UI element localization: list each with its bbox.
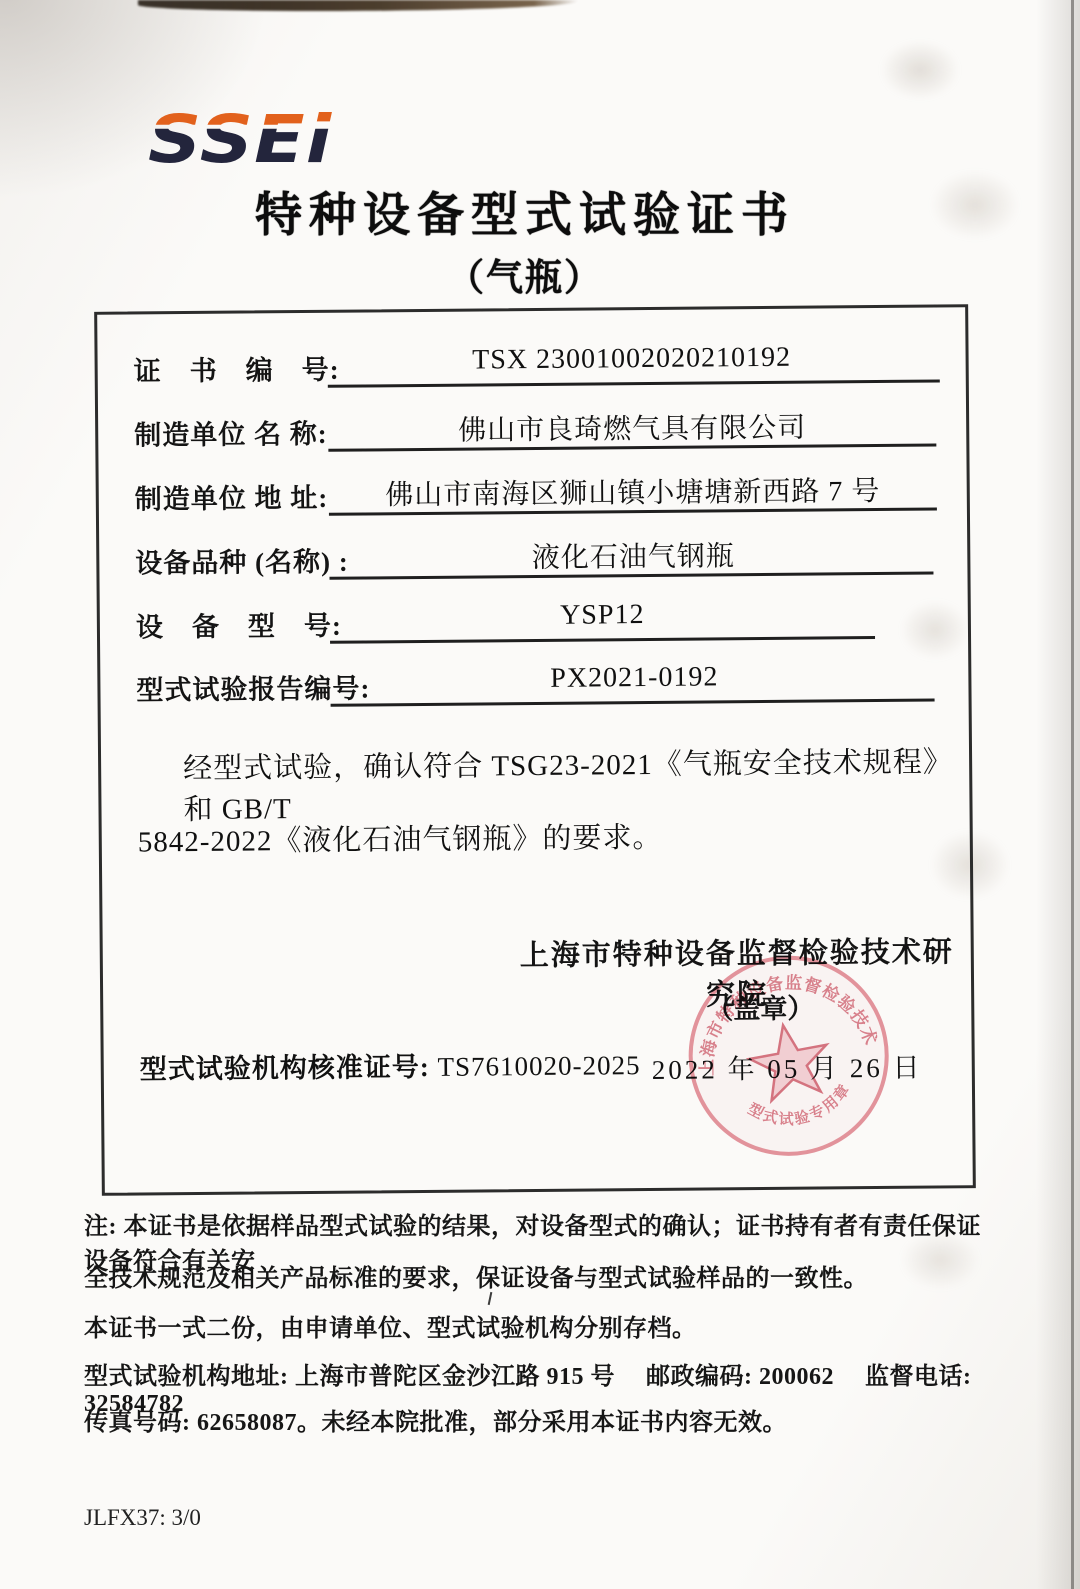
stray-pen-mark [488, 1292, 493, 1305]
validity-warning-text: 未经本院批准，部分采用本证书内容无效。 [322, 1410, 788, 1436]
field-label-equipment-model: 设 备 型 号: [136, 604, 342, 645]
approval-certificate-number: TS7610020-2025 [437, 1050, 640, 1082]
scanned-certificate-page: SSEi SSEi 特种设备型式试验证书 （气瓶） 证 书 编 号: TSX 2… [0, 0, 1080, 1589]
field-label-equipment-category: 设备品种 (名称) : [135, 540, 349, 581]
bleedthrough-mark [880, 40, 960, 100]
approval-certificate-label: 型式试验机构核准证号: [140, 1052, 438, 1085]
page-edge-line [1071, 0, 1074, 1589]
field-underline [330, 636, 875, 644]
page-subtitle: （气瓶） [0, 247, 1050, 301]
field-value-certificate-no: TSX 23001002020210192 [327, 340, 935, 377]
page-title: 特种设备型式试验证书 [0, 178, 1050, 245]
field-value-equipment-model: YSP12 [330, 597, 875, 634]
field-underline [331, 699, 935, 707]
statement-line-2: 5842-2022《液化石油气钢瓶》的要求。 [138, 815, 663, 861]
field-value-manufacturer-address: 佛山市南海区狮山镇小塘塘新西路 7 号 [329, 468, 937, 513]
field-label-certificate-no: 证 书 编 号: [133, 348, 339, 389]
note-line-3: 本证书一式二份，由申请单位、型式试验机构分别存档。 [84, 1308, 1004, 1343]
field-label-manufacturer-address: 制造单位 地 址: [135, 476, 329, 517]
ssei-logo: SSEi SSEi [148, 100, 388, 184]
field-value-test-report-no: PX2021-0192 [330, 659, 938, 696]
certificate-box: 证 书 编 号: TSX 23001002020210192 制造单位 名 称:… [94, 304, 976, 1196]
form-code: JLFX37: 3/0 [84, 1505, 201, 1531]
approval-certificate-line: 型式试验机构核准证号: TS7610020-2025 [140, 1043, 641, 1086]
field-value-equipment-category: 液化石油气钢瓶 [329, 532, 937, 577]
fax-number-text: 传真号码: 62658087。 [84, 1410, 322, 1436]
field-underline [328, 379, 940, 387]
note-line-5: 传真号码: 62658087。未经本院批准，部分采用本证书内容无效。 [84, 1402, 1004, 1437]
note-line-2: 全技术规范及相关产品标准的要求，保证设备与型式试验样品的一致性。 [84, 1258, 1004, 1293]
official-red-stamp: 上海市特种设备监督检验技术研究院 型式试验专用章 [664, 931, 913, 1180]
field-value-manufacturer-name: 佛山市良琦燃气具有限公司 [328, 404, 936, 449]
field-label-manufacturer-name: 制造单位 名 称: [134, 412, 328, 453]
